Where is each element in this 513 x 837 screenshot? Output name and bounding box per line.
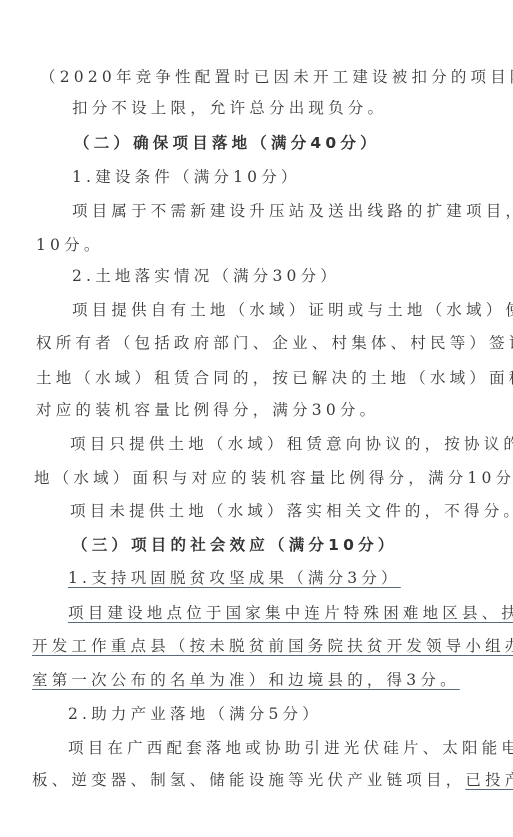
paragraph-line: 项目在广西配套落地或协助引进光伏硅片、太阳能电池 xyxy=(68,738,513,758)
subsection-heading-2-1: 1.建设条件（满分10分） xyxy=(72,167,301,187)
subsection-heading-2-2: 2.土地落实情况（满分30分） xyxy=(72,266,340,286)
paragraph-line: 项目未提供土地（水域）落实相关文件的，不得分。 xyxy=(70,501,513,521)
paragraph-line: 土地（水域）租赁合同的，按已解决的土地（水域）面积与 xyxy=(36,368,513,388)
paragraph-line: 项目属于不需新建设升压站及送出线路的扩建项目，得 xyxy=(72,201,513,221)
paragraph-line: 项目提供自有土地（水域）证明或与土地（水域）使用 xyxy=(72,300,513,320)
section-heading-3: （三）项目的社会效应（满分10分） xyxy=(72,535,397,555)
paragraph-line: 权所有者（包括政府部门、企业、村集体、村民等）签订的 xyxy=(36,333,513,353)
paragraph-line: 板、逆变器、制氢、储能设施等光伏产业链项目，已投产的 xyxy=(32,770,513,790)
subsection-heading-3-1: 1.支持巩固脱贫攻坚成果（满分3分） xyxy=(68,568,401,588)
paragraph-line: 扣分不设上限，允许总分出现负分。 xyxy=(72,98,387,118)
paragraph-line: 项目只提供土地（水域）租赁意向协议的，按协议的土 xyxy=(70,434,513,454)
subsection-heading-3-2: 2.助力产业落地（满分5分） xyxy=(68,704,322,724)
underlined-text: 已投产的 xyxy=(465,771,513,789)
paragraph-line: 对应的装机容量比例得分，满分30分。 xyxy=(36,400,379,420)
paragraph-line: 地（水域）面积与对应的装机容量比例得分，满分10分。 xyxy=(34,468,513,488)
section-heading-2: （二）确保项目落地（满分40分） xyxy=(74,133,380,153)
paragraph-line-underlined: 开发工作重点县（按未脱贫前国务院扶贫开发领导小组办公 xyxy=(32,636,513,656)
paragraph-line-underlined: 室第一次公布的名单为准）和边境县的，得3分。 xyxy=(32,670,460,690)
paragraph-line: 10分。 xyxy=(36,235,104,255)
paragraph-line: （2020年竞争性配置时已因未开工建设被扣分的项目除外）。 xyxy=(40,67,513,87)
paragraph-line-underlined: 项目建设地点位于国家集中连片特殊困难地区县、扶贫 xyxy=(68,603,513,623)
line-text: 板、逆变器、制氢、储能设施等光伏产业链项目， xyxy=(32,771,465,789)
